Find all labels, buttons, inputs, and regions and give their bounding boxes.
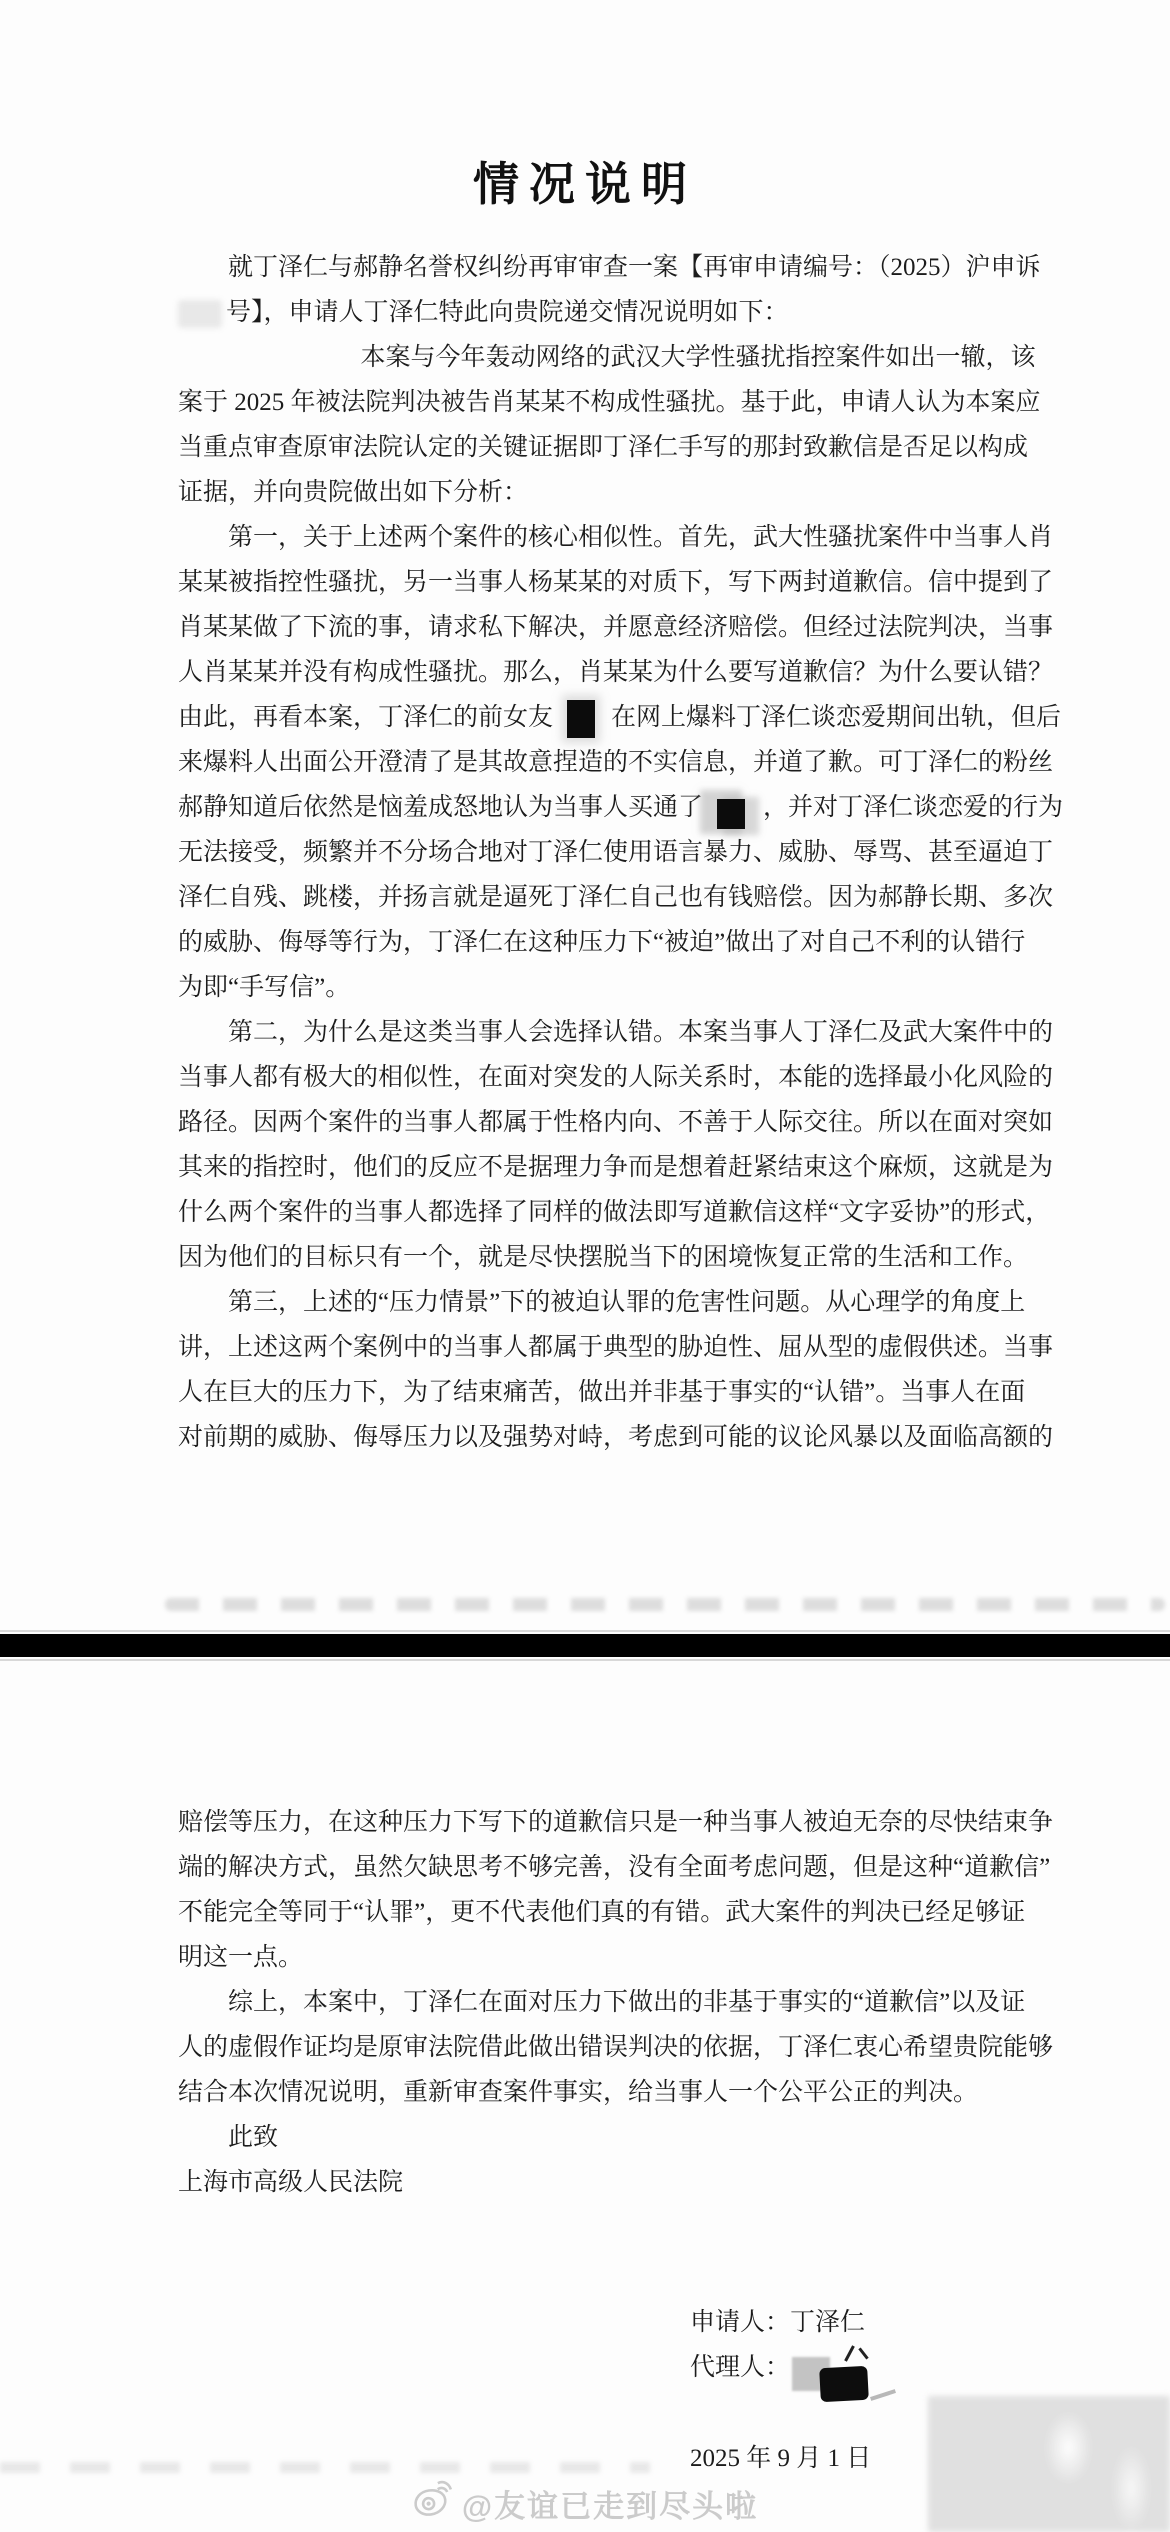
doc-text: 为即“手写信”。 xyxy=(178,974,350,1001)
doc-text: 路径。因两个案件的当事人都属于性格内向、不善于人际交往。所以在面对突如 xyxy=(178,1109,1053,1136)
doc-line: 人肖某某并没有构成性骚扰。那么，肖某某为什么要写道歉信？为什么要认错？ xyxy=(178,650,1030,695)
weibo-icon xyxy=(412,2481,454,2525)
divider-bar xyxy=(0,1634,1170,1657)
doc-line: 证据，并向贵院做出如下分析： xyxy=(178,470,1030,515)
doc-line: 案于 2025 年被法院判决被告肖某某不构成性骚扰。基于此，申请人认为本案应 xyxy=(178,380,1030,425)
doc-text: 综上，本案中，丁泽仁在面对压力下做出的非基于事实的“道歉信”以及证 xyxy=(228,1989,1025,2016)
page-title: 情况说明 xyxy=(0,148,1170,214)
doc-line: 郝静知道后依然是恼羞成怒地认为当事人买通了，并对丁泽仁谈恋爱的行为 xyxy=(178,785,1030,830)
doc-text: 因为他们的目标只有一个，就是尽快摆脱当下的困境恢复正常的生活和工作。 xyxy=(178,1244,1028,1271)
scan-ghost-text xyxy=(165,1598,1165,1611)
doc-line: 讲，上述这两个案例中的当事人都属于典型的胁迫性、屈从型的虚假供述。当事 xyxy=(178,1325,1030,1370)
doc-text: 郝静知道后依然是恼羞成怒地认为当事人买通了 xyxy=(178,794,703,821)
doc-line: 第二，为什么是这类当事人会选择认错。本案当事人丁泽仁及武大案件中的 xyxy=(178,1010,1030,1055)
page-edge xyxy=(0,1659,1170,1661)
doc-line: 第三，上述的“压力情景”下的被迫认罪的危害性问题。从心理学的角度上 xyxy=(178,1280,1030,1325)
doc-line: 结合本次情况说明，重新审查案件事实，给当事人一个公平公正的判决。 xyxy=(178,2070,1030,2115)
doc-text: 某某被指控性骚扰，另一当事人杨某某的对质下，写下两封道歉信。信中提到了 xyxy=(178,569,1053,596)
doc-line: 人在巨大的压力下，为了结束痛苦，做出并非基于事实的“认错”。当事人在面 xyxy=(178,1370,1030,1415)
doc-line: 当事人都有极大的相似性，在面对突发的人际关系时，本能的选择最小化风险的 xyxy=(178,1055,1030,1100)
doc-text: 上海市高级人民法院 xyxy=(178,2169,403,2196)
doc-line: 肖某某做了下流的事，请求私下解决，并愿意经济赔偿。但经过法院判决，当事 xyxy=(178,605,1030,650)
doc-line: 因为他们的目标只有一个，就是尽快摆脱当下的困境恢复正常的生活和工作。 xyxy=(178,1235,1030,1280)
doc-line: 赔偿等压力，在这种压力下写下的道歉信只是一种当事人被迫无奈的尽快结束争 xyxy=(178,1800,1030,1845)
doc-text: 无法接受，频繁并不分场合地对丁泽仁使用语言暴力、威胁、辱骂、甚至逼迫丁 xyxy=(178,839,1053,866)
doc-text: 本案与今年轰动网络的武汉大学性骚扰指控案件如出一辙，该 xyxy=(361,344,1036,371)
document-photo: 情况说明 就丁泽仁与郝静名誉权纠纷再审审查一案【再审申请编号：（2025）沪申诉… xyxy=(0,0,1170,2532)
doc-text: 证据，并向贵院做出如下分析： xyxy=(178,479,528,506)
doc-line: 路径。因两个案件的当事人都属于性格内向、不善于人际交往。所以在面对突如 xyxy=(178,1100,1030,1145)
scan-streak xyxy=(0,2462,650,2473)
doc-line: 号】，申请人丁泽仁特此向贵院递交情况说明如下： xyxy=(178,290,1030,335)
redaction-light xyxy=(178,300,222,328)
doc-line: 为即“手写信”。 xyxy=(178,965,1030,1010)
doc-line: 某某被指控性骚扰，另一当事人杨某某的对质下，写下两封道歉信。信中提到了 xyxy=(178,560,1030,605)
doc-text: 结合本次情况说明，重新审查案件事实，给当事人一个公平公正的判决。 xyxy=(178,2079,978,2106)
doc-text: 人在巨大的压力下，为了结束痛苦，做出并非基于事实的“认错”。当事人在面 xyxy=(178,1379,1025,1406)
doc-text: 赔偿等压力，在这种压力下写下的道歉信只是一种当事人被迫无奈的尽快结束争 xyxy=(178,1809,1053,1836)
doc-text: 其来的指控时，他们的反应不是据理力争而是想着赶紧结束这个麻烦，这就是为 xyxy=(178,1154,1053,1181)
redaction-black xyxy=(567,700,595,738)
doc-text: 在网上爆料丁泽仁谈恋爱期间出轨，但后 xyxy=(611,704,1061,731)
redaction-mosaic xyxy=(717,799,745,829)
doc-text: 当重点审查原审法院认定的关键证据即丁泽仁手写的那封致歉信是否足以构成 xyxy=(178,434,1028,461)
doc-line: 人的虚假作证均是原审法院借此做出错误判决的依据，丁泽仁衷心希望贵院能够 xyxy=(178,2025,1030,2070)
doc-line: 端的解决方式，虽然欠缺思考不够完善，没有全面考虑问题，但是这种“道歉信” xyxy=(178,1845,1030,1890)
doc-text: 来爆料人出面公开澄清了是其故意捏造的不实信息，并道了歉。可丁泽仁的粉丝 xyxy=(178,749,1053,776)
watermark: @友谊已走到尽头啦 xyxy=(0,2478,1170,2528)
document-page-2: 赔偿等压力，在这种压力下写下的道歉信只是一种当事人被迫无奈的尽快结束争端的解决方… xyxy=(178,1800,1030,2205)
doc-text: 明这一点。 xyxy=(178,1944,303,1971)
redaction-signature xyxy=(790,2349,908,2401)
doc-text: 第三，上述的“压力情景”下的被迫认罪的危害性问题。从心理学的角度上 xyxy=(228,1289,1025,1316)
doc-text: 人肖某某并没有构成性骚扰。那么，肖某某为什么要写道歉信？为什么要认错？ xyxy=(178,659,1053,686)
doc-text: 就丁泽仁与郝静名誉权纠纷再审审查一案【再审申请编号：（2025）沪申诉 xyxy=(228,254,1041,281)
doc-text: 不能完全等同于“认罪”，更不代表他们真的有错。武大案件的判决已经足够证 xyxy=(178,1899,1025,1926)
signature-applicant: 申请人：丁泽仁 xyxy=(690,2300,865,2345)
doc-text: 肖某某做了下流的事，请求私下解决，并愿意经济赔偿。但经过法院判决，当事 xyxy=(178,614,1053,641)
doc-line: 不能完全等同于“认罪”，更不代表他们真的有错。武大案件的判决已经足够证 xyxy=(178,1890,1030,1935)
doc-line: 的威胁、侮辱等行为，丁泽仁在这种压力下“被迫”做出了对自己不利的认错行 xyxy=(178,920,1030,965)
doc-line: 上海市高级人民法院 xyxy=(178,2160,1030,2205)
doc-line: 就丁泽仁与郝静名誉权纠纷再审审查一案【再审申请编号：（2025）沪申诉 xyxy=(178,245,1030,290)
doc-line: 对前期的威胁、侮辱压力以及强势对峙，考虑到可能的议论风暴以及面临高额的 xyxy=(178,1415,1030,1460)
doc-text: 第二，为什么是这类当事人会选择认错。本案当事人丁泽仁及武大案件中的 xyxy=(228,1019,1053,1046)
doc-line: 第一，关于上述两个案件的核心相似性。首先，武大性骚扰案件中当事人肖 xyxy=(178,515,1030,560)
doc-text: 第一，关于上述两个案件的核心相似性。首先，武大性骚扰案件中当事人肖 xyxy=(228,524,1053,551)
doc-text: 人的虚假作证均是原审法院借此做出错误判决的依据，丁泽仁衷心希望贵院能够 xyxy=(178,2034,1053,2061)
doc-line: 明这一点。 xyxy=(178,1935,1030,1980)
doc-line: 其来的指控时，他们的反应不是据理力争而是想着赶紧结束这个麻烦，这就是为 xyxy=(178,1145,1030,1190)
doc-text: 此致 xyxy=(228,2124,278,2151)
doc-line: 什么两个案件的当事人都选择了同样的做法即写道歉信这样“文字妥协”的形式， xyxy=(178,1190,1030,1235)
signature-date: 2025 年 9 月 1 日 xyxy=(690,2436,871,2481)
doc-line: 本案与今年轰动网络的武汉大学性骚扰指控案件如出一辙，该 xyxy=(178,335,1030,380)
doc-text: 对前期的威胁、侮辱压力以及强势对峙，考虑到可能的议论风暴以及面临高额的 xyxy=(178,1424,1053,1451)
doc-line: 泽仁自残、跳楼，并扬言就是逼死丁泽仁自己也有钱赔偿。因为郝静长期、多次 xyxy=(178,875,1030,920)
doc-text: 泽仁自残、跳楼，并扬言就是逼死丁泽仁自己也有钱赔偿。因为郝静长期、多次 xyxy=(178,884,1053,911)
doc-line: 当重点审查原审法院认定的关键证据即丁泽仁手写的那封致歉信是否足以构成 xyxy=(178,425,1030,470)
doc-text: ，并对丁泽仁谈恋爱的行为 xyxy=(763,794,1063,821)
doc-line: 由此，再看本案，丁泽仁的前女友在网上爆料丁泽仁谈恋爱期间出轨，但后 xyxy=(178,695,1030,740)
doc-text: 当事人都有极大的相似性，在面对突发的人际关系时，本能的选择最小化风险的 xyxy=(178,1064,1053,1091)
doc-text: 由此，再看本案，丁泽仁的前女友 xyxy=(178,704,553,731)
page-edge xyxy=(0,1630,1170,1632)
signature-agent: 代理人： xyxy=(690,2345,908,2390)
signature-agent-label: 代理人： xyxy=(690,2354,790,2381)
doc-text: 端的解决方式，虽然欠缺思考不够完善，没有全面考虑问题，但是这种“道歉信” xyxy=(178,1854,1050,1881)
watermark-text: @友谊已走到尽头啦 xyxy=(462,2481,758,2526)
doc-text: 号】，申请人丁泽仁特此向贵院递交情况说明如下： xyxy=(226,299,789,326)
doc-line: 综上，本案中，丁泽仁在面对压力下做出的非基于事实的“道歉信”以及证 xyxy=(178,1980,1030,2025)
doc-line: 无法接受，频繁并不分场合地对丁泽仁使用语言暴力、威胁、辱骂、甚至逼迫丁 xyxy=(178,830,1030,875)
doc-text: 案于 2025 年被法院判决被告肖某某不构成性骚扰。基于此，申请人认为本案应 xyxy=(178,389,1041,416)
doc-line: 来爆料人出面公开澄清了是其故意捏造的不实信息，并道了歉。可丁泽仁的粉丝 xyxy=(178,740,1030,785)
doc-line: 此致 xyxy=(178,2115,1030,2160)
doc-text: 的威胁、侮辱等行为，丁泽仁在这种压力下“被迫”做出了对自己不利的认错行 xyxy=(178,929,1025,956)
doc-text: 什么两个案件的当事人都选择了同样的做法即写道歉信这样“文字妥协”的形式， xyxy=(178,1199,1050,1226)
doc-text: 讲，上述这两个案例中的当事人都属于典型的胁迫性、屈从型的虚假供述。当事 xyxy=(178,1334,1053,1361)
document-page-1: 就丁泽仁与郝静名誉权纠纷再审审查一案【再审申请编号：（2025）沪申诉号】，申请… xyxy=(178,245,1030,1460)
